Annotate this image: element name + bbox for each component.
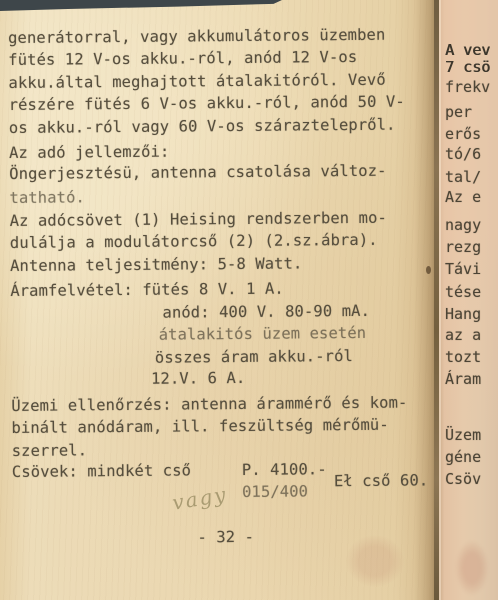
tube-list-label: Csövek: mindkét cső — [12, 462, 191, 481]
pencil-annotation: vagy — [170, 482, 229, 515]
typed-line: átalakitós üzem esetén — [159, 325, 367, 344]
right-page-text-fragment: Csöv — [445, 470, 481, 488]
typed-line: részére fütés 6 V-os akku.-ról, anód 50 … — [9, 94, 405, 114]
typed-line: os akku.-ról vagy 60 V-os száraztelepről… — [9, 117, 396, 137]
right-page-text-fragment: Áram — [445, 370, 481, 388]
right-page-text-fragment: A vev — [445, 41, 490, 59]
typed-line: 12.V. 6 A. — [151, 370, 245, 388]
typed-line: generátorral, vagy akkumulátoros üzemben — [8, 27, 385, 47]
typed-line: akku.által meghajtott átalakitóról. Vevő — [8, 72, 385, 92]
typed-line section-heading: Az adó jellemzői: — [9, 144, 169, 162]
right-page-text-fragment: tozt — [445, 348, 481, 366]
right-page-text-fragment: az a — [445, 326, 481, 344]
typed-text-layer: generátorral, vagy akkumulátoros üzemben… — [0, 0, 498, 600]
typed-line: Antenna teljesitmény: 5-8 Watt. — [10, 255, 303, 275]
page-number: - 32 - — [197, 529, 254, 546]
right-page-text-fragment: tal/ — [445, 168, 481, 186]
right-page-text-fragment: tó/6 — [445, 145, 481, 163]
right-page-text-fragment: tése — [445, 283, 481, 301]
typed-line: anód: 400 V. 80-90 mA. — [162, 303, 370, 322]
right-page-text-fragment: géne — [445, 448, 481, 466]
right-page-text-fragment: nagy — [445, 216, 481, 234]
right-page-text-fragment: Távi — [445, 260, 481, 278]
right-page-text-fragment: erős — [445, 125, 481, 143]
right-page-text-fragment: Üzem — [445, 426, 481, 444]
right-page-text-fragment: frekv — [445, 78, 490, 96]
tube-price: P. 4100.- — [242, 461, 327, 479]
typed-line: Áramfelvétel: fütés 8 V. 1 A. — [10, 281, 284, 300]
right-page-text-fragment: Az e — [445, 188, 481, 206]
document-scan: generátorral, vagy akkumulátoros üzemben… — [0, 0, 498, 600]
typed-line: összes áram akku.-ról — [155, 348, 353, 367]
tube-note: Eł cső 60. — [334, 472, 428, 490]
right-page-text-fragment: rezg — [445, 238, 481, 256]
typed-line: dulálja a modulátorcső (2) (2.sz.ábra). — [10, 232, 378, 252]
typed-line: Öngerjesztésü, antenna csatolása változ- — [9, 163, 386, 183]
typed-line section-heading: Üzemi ellenőrzés: antenna árammérő és ko… — [11, 395, 407, 415]
right-page-text-fragment: 7 csö — [445, 58, 490, 76]
typed-line: szerrel. — [12, 442, 88, 460]
right-page-text-fragment: per — [445, 103, 472, 121]
typed-line: Az adócsövet (1) Heising rendszerben mo- — [10, 210, 387, 230]
typed-line: binált anódáram, ill. feszültség mérőmü- — [11, 417, 388, 437]
right-page-text-fragment: Hang — [445, 305, 481, 323]
fraction-number: 015/400 — [242, 483, 308, 501]
typed-line: tatható. — [9, 189, 85, 207]
typed-line: fütés 12 V-os akku.-ról, anód 12 V-os — [8, 49, 357, 69]
